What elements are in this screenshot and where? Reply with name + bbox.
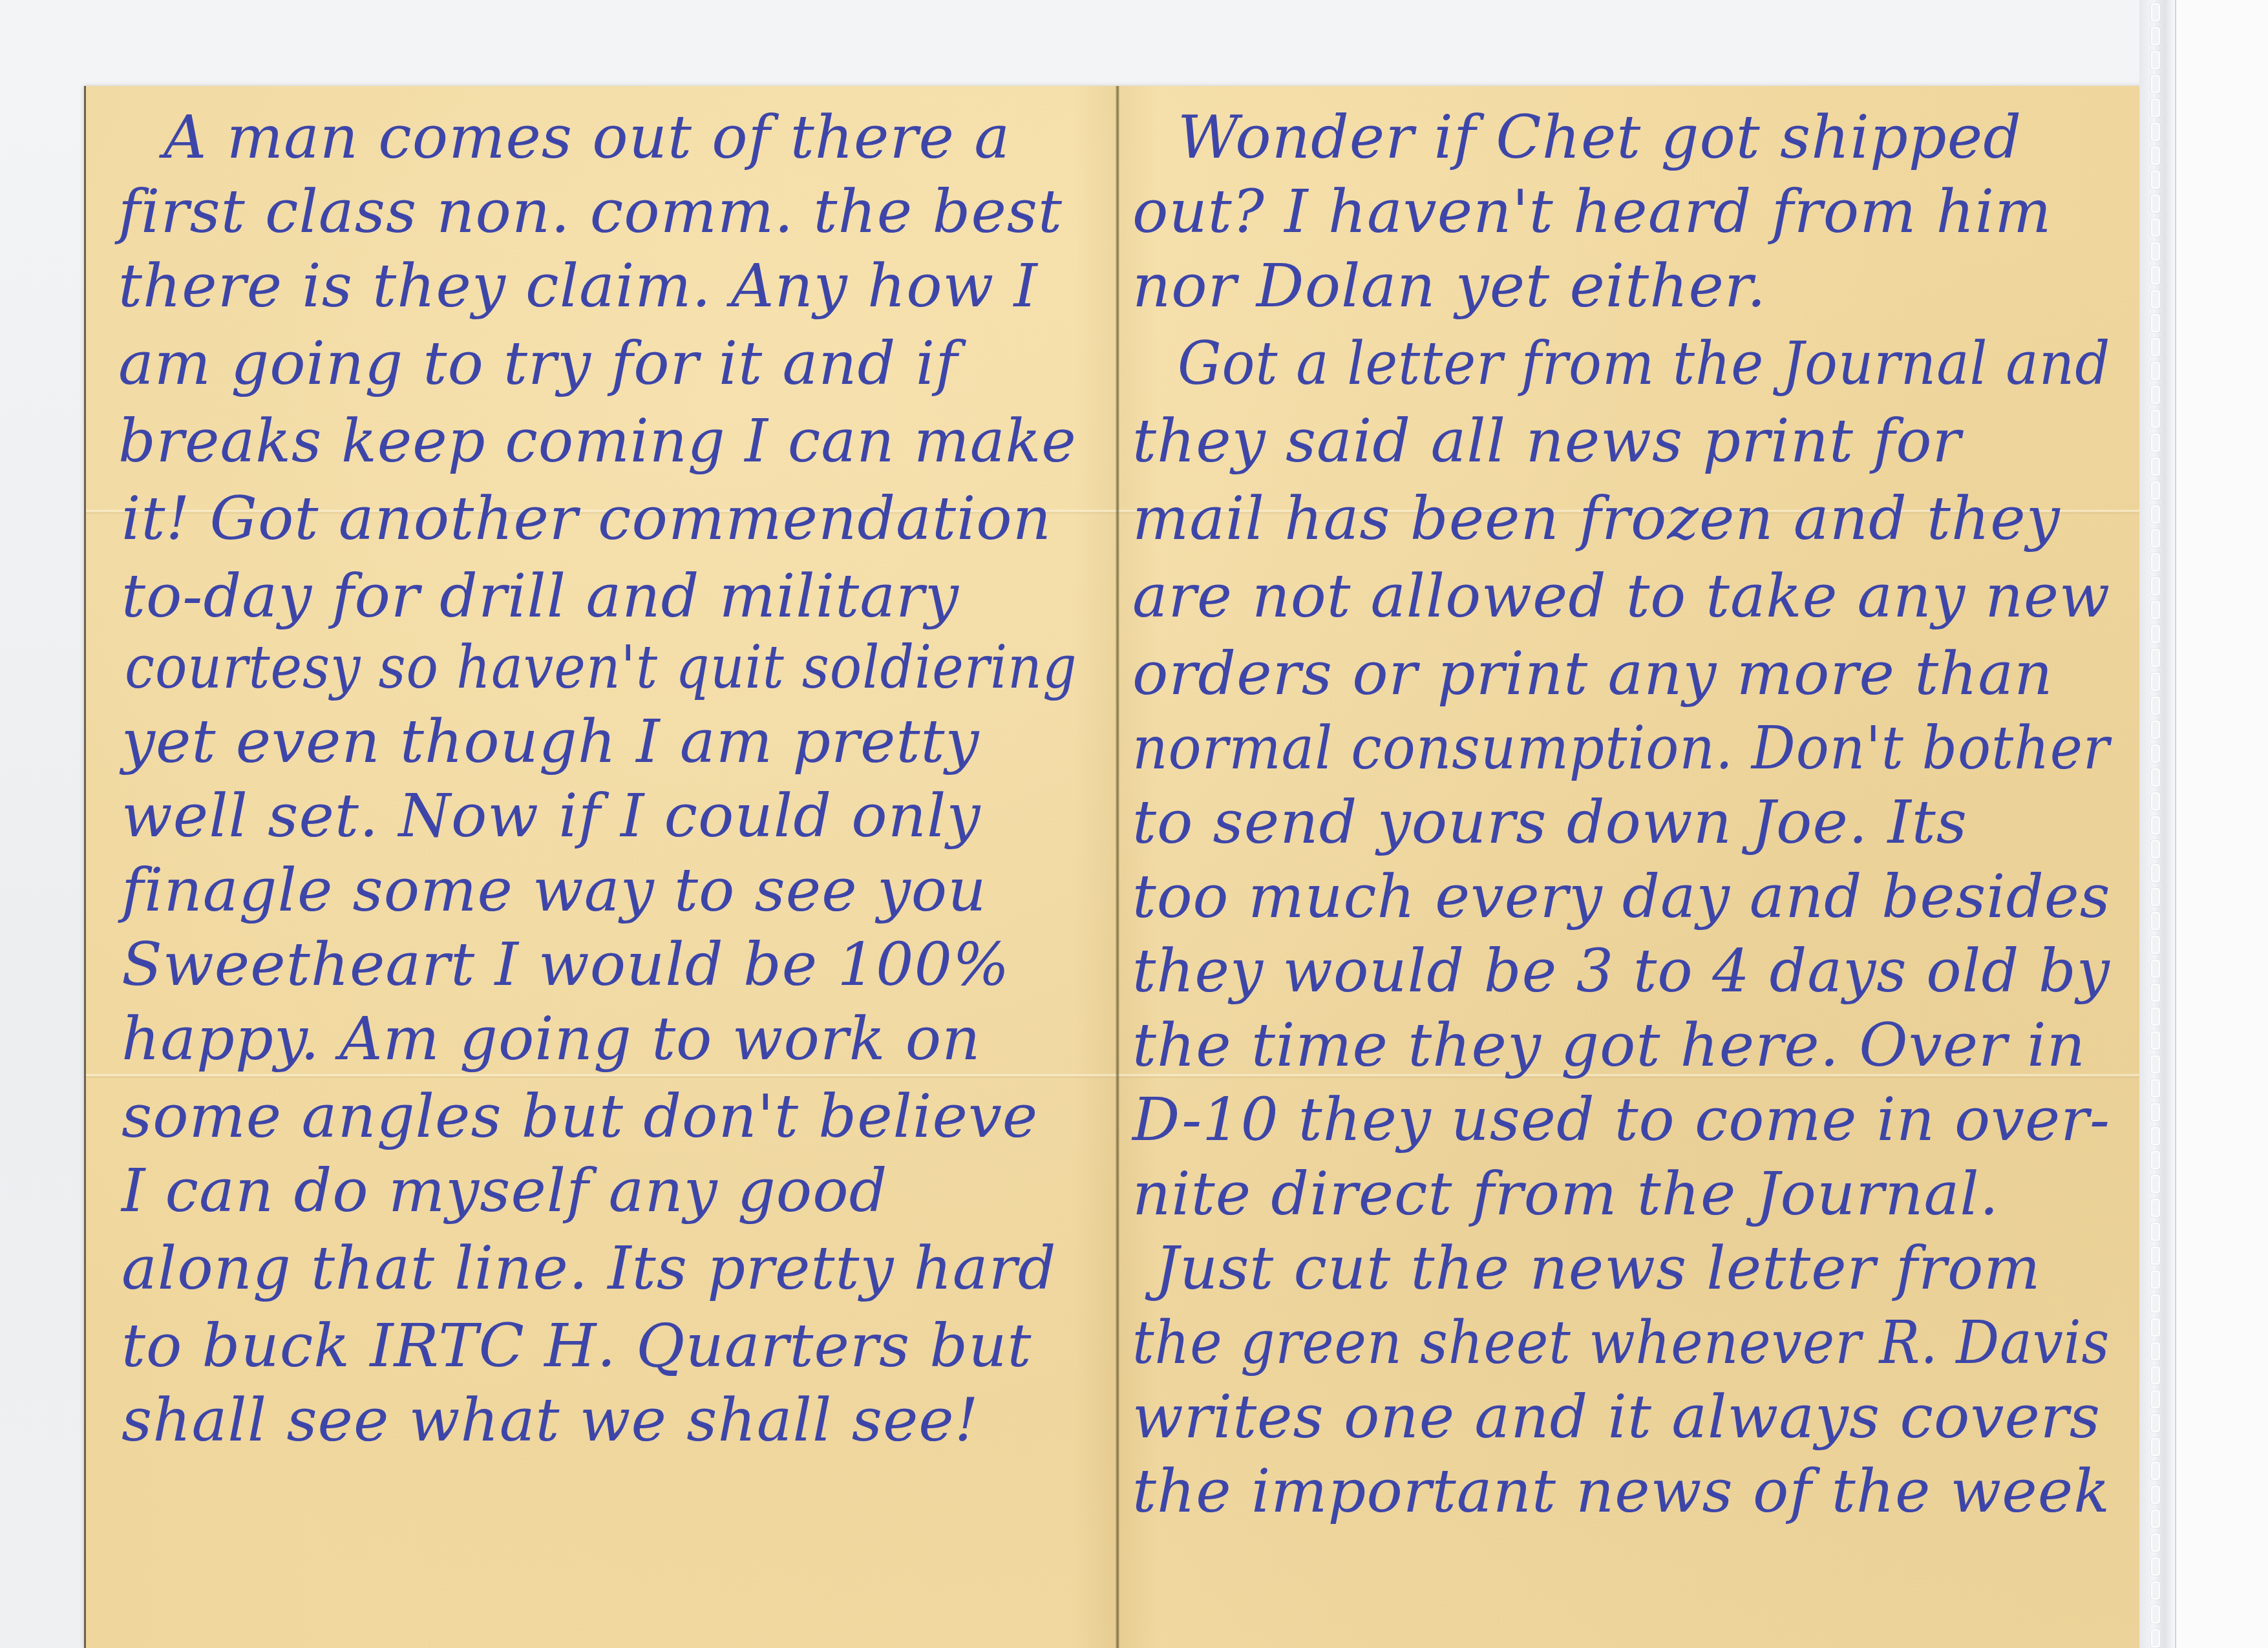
sleeve-stitch xyxy=(2151,1581,2160,1600)
sleeve-stitch xyxy=(2151,577,2160,595)
sleeve-stitch xyxy=(2151,984,2160,1002)
sleeve-stitch xyxy=(2151,1151,2160,1169)
letter-sheet: A man comes out of there a first class n… xyxy=(84,86,2145,1648)
sleeve-stitch xyxy=(2151,673,2160,691)
sleeve-stitch xyxy=(2151,649,2160,667)
sleeve-stitch xyxy=(2151,1462,2160,1480)
sleeve-stitch xyxy=(2151,75,2160,93)
sleeve-stitch xyxy=(2151,553,2160,571)
sleeve-stitch xyxy=(2151,481,2160,500)
sleeve-stitch xyxy=(2151,888,2160,906)
sleeve-stitch xyxy=(2151,1247,2160,1265)
handwritten-line: normal consumption. Don't bother xyxy=(1132,713,2110,784)
sleeve-stitch xyxy=(2151,242,2160,260)
sleeve-stitch xyxy=(2151,1629,2160,1647)
sleeve-stitch xyxy=(2151,816,2160,834)
plastic-sleeve-edge xyxy=(2139,0,2176,1648)
sleeve-stitch xyxy=(2151,434,2160,452)
sleeve-stitch xyxy=(2151,147,2160,165)
handwritten-line: the time they got here. Over in xyxy=(1132,1010,2086,1081)
sleeve-stitch xyxy=(2151,960,2160,978)
handwritten-line: A man comes out of there a xyxy=(164,102,1010,173)
handwritten-line: am going to try for it and if xyxy=(118,328,958,399)
sleeve-stitch xyxy=(2151,1605,2160,1623)
handwritten-line: Sweetheart I would be 100% xyxy=(122,929,1010,1000)
sleeve-stitch xyxy=(2151,1558,2160,1576)
sleeve-stitch xyxy=(2151,840,2160,858)
sleeve-stitch xyxy=(2151,1366,2160,1384)
left-page: A man comes out of there a first class n… xyxy=(86,86,1116,1648)
sleeve-stitch xyxy=(2151,410,2160,428)
handwritten-line: they would be 3 to 4 days old by xyxy=(1132,936,2110,1007)
sleeve-stitch xyxy=(2151,1175,2160,1193)
sleeve-stitch xyxy=(2151,362,2160,380)
sleeve-stitch xyxy=(2151,625,2160,643)
handwritten-line: well set. Now if I could only xyxy=(122,781,980,852)
sleeve-stitch xyxy=(2151,1414,2160,1432)
handwritten-line: Got a letter from the Journal and xyxy=(1178,328,2110,399)
sleeve-stitch xyxy=(2151,745,2160,763)
handwritten-line: Just cut the news letter from xyxy=(1155,1233,2041,1304)
sleeve-stitch xyxy=(2151,27,2160,45)
sleeve-stitch xyxy=(2151,123,2160,141)
handwritten-line: the green sheet whenever R. Davis xyxy=(1132,1307,2110,1379)
sleeve-stitch xyxy=(2151,1271,2160,1289)
sleeve-stitch xyxy=(2151,314,2160,332)
sleeve-stitch xyxy=(2151,697,2160,715)
sleeve-stitch xyxy=(2151,1438,2160,1456)
sleeve-stitch xyxy=(2151,792,2160,810)
sleeve-stitch xyxy=(2151,529,2160,547)
handwritten-line: some angles but don't believe xyxy=(122,1081,1038,1152)
sleeve-stitch xyxy=(2151,171,2160,189)
sleeve-stitch xyxy=(2151,3,2160,21)
handwritten-line: nite direct from the Journal. xyxy=(1132,1159,1999,1230)
sleeve-stitch xyxy=(2151,99,2160,117)
sleeve-stitch xyxy=(2151,1127,2160,1145)
sleeve-stitch xyxy=(2151,1294,2160,1313)
sleeve-stitch xyxy=(2151,721,2160,739)
sleeve-stitch xyxy=(2151,1055,2160,1073)
handwritten-line: happy. Am going to work on xyxy=(122,1004,981,1075)
sleeve-stitch xyxy=(2151,290,2160,308)
scanner-bed-margin xyxy=(2176,0,2268,1648)
sleeve-stitch xyxy=(2151,1223,2160,1241)
handwritten-line: orders or print any more than xyxy=(1132,639,2053,710)
sleeve-stitch xyxy=(2151,1199,2160,1217)
handwritten-line: the important news of the week xyxy=(1132,1456,2110,1527)
handwritten-line: there is they claim. Any how I xyxy=(118,251,1038,322)
sleeve-stitch xyxy=(2151,1342,2160,1360)
sleeve-stitch xyxy=(2151,1079,2160,1097)
handwritten-line: nor Dolan yet either. xyxy=(1132,251,1766,322)
right-page: Wonder if Chet got shipped out? I haven'… xyxy=(1119,86,2149,1648)
sleeve-stitch xyxy=(2151,1534,2160,1552)
handwritten-line: too much every day and besides xyxy=(1132,861,2111,933)
sleeve-stitch xyxy=(2151,1390,2160,1408)
handwritten-line: are not allowed to take any new xyxy=(1132,561,2110,632)
handwritten-line: they said all news print for xyxy=(1132,406,1962,477)
sleeve-stitch xyxy=(2151,1318,2160,1336)
sleeve-stitch xyxy=(2151,1008,2160,1026)
handwritten-line: first class non. comm. the best xyxy=(118,176,1063,248)
handwritten-line: along that line. Its pretty hard xyxy=(122,1233,1057,1304)
sleeve-stitch xyxy=(2151,458,2160,476)
handwritten-line: courtesy so haven't quit soldiering xyxy=(125,632,1077,703)
sleeve-stitch xyxy=(2151,936,2160,954)
handwritten-line: to send yours down Joe. Its xyxy=(1132,787,1967,858)
sleeve-stitch xyxy=(2151,218,2160,237)
sleeve-stitch xyxy=(2151,601,2160,619)
handwritten-line: breaks keep coming I can make xyxy=(118,406,1077,477)
handwritten-line: it! Got another commendation xyxy=(122,483,1052,555)
handwritten-line: mail has been frozen and they xyxy=(1132,483,2061,555)
handwritten-line: out? I haven't heard from him xyxy=(1132,176,2052,248)
sleeve-stitch xyxy=(2151,1486,2160,1504)
sleeve-stitch xyxy=(2151,768,2160,787)
handwritten-line: Wonder if Chet got shipped xyxy=(1178,102,2022,173)
sleeve-stitch xyxy=(2151,912,2160,930)
handwritten-line: finagle some way to see you xyxy=(122,855,987,926)
sleeve-stitch xyxy=(2151,864,2160,882)
sleeve-stitch xyxy=(2151,1103,2160,1121)
sleeve-stitch xyxy=(2151,195,2160,213)
handwritten-line: D-10 they used to come in over- xyxy=(1132,1084,2110,1156)
sleeve-stitch xyxy=(2151,1510,2160,1528)
handwritten-line: shall see what we shall see! xyxy=(122,1385,979,1456)
sleeve-stitch xyxy=(2151,338,2160,356)
handwritten-line: to buck IRTC H. Quarters but xyxy=(122,1311,1032,1382)
sleeve-stitch xyxy=(2151,266,2160,284)
handwritten-line: I can do myself any good xyxy=(122,1156,887,1227)
sleeve-stitch xyxy=(2151,51,2160,69)
sleeve-stitch xyxy=(2151,505,2160,523)
handwritten-line: writes one and it always covers xyxy=(1132,1382,2101,1453)
handwritten-line: to-day for drill and military xyxy=(122,561,959,632)
sleeve-stitch xyxy=(2151,386,2160,404)
sleeve-stitch xyxy=(2151,1031,2160,1050)
handwritten-line: yet even though I am pretty xyxy=(122,706,979,777)
